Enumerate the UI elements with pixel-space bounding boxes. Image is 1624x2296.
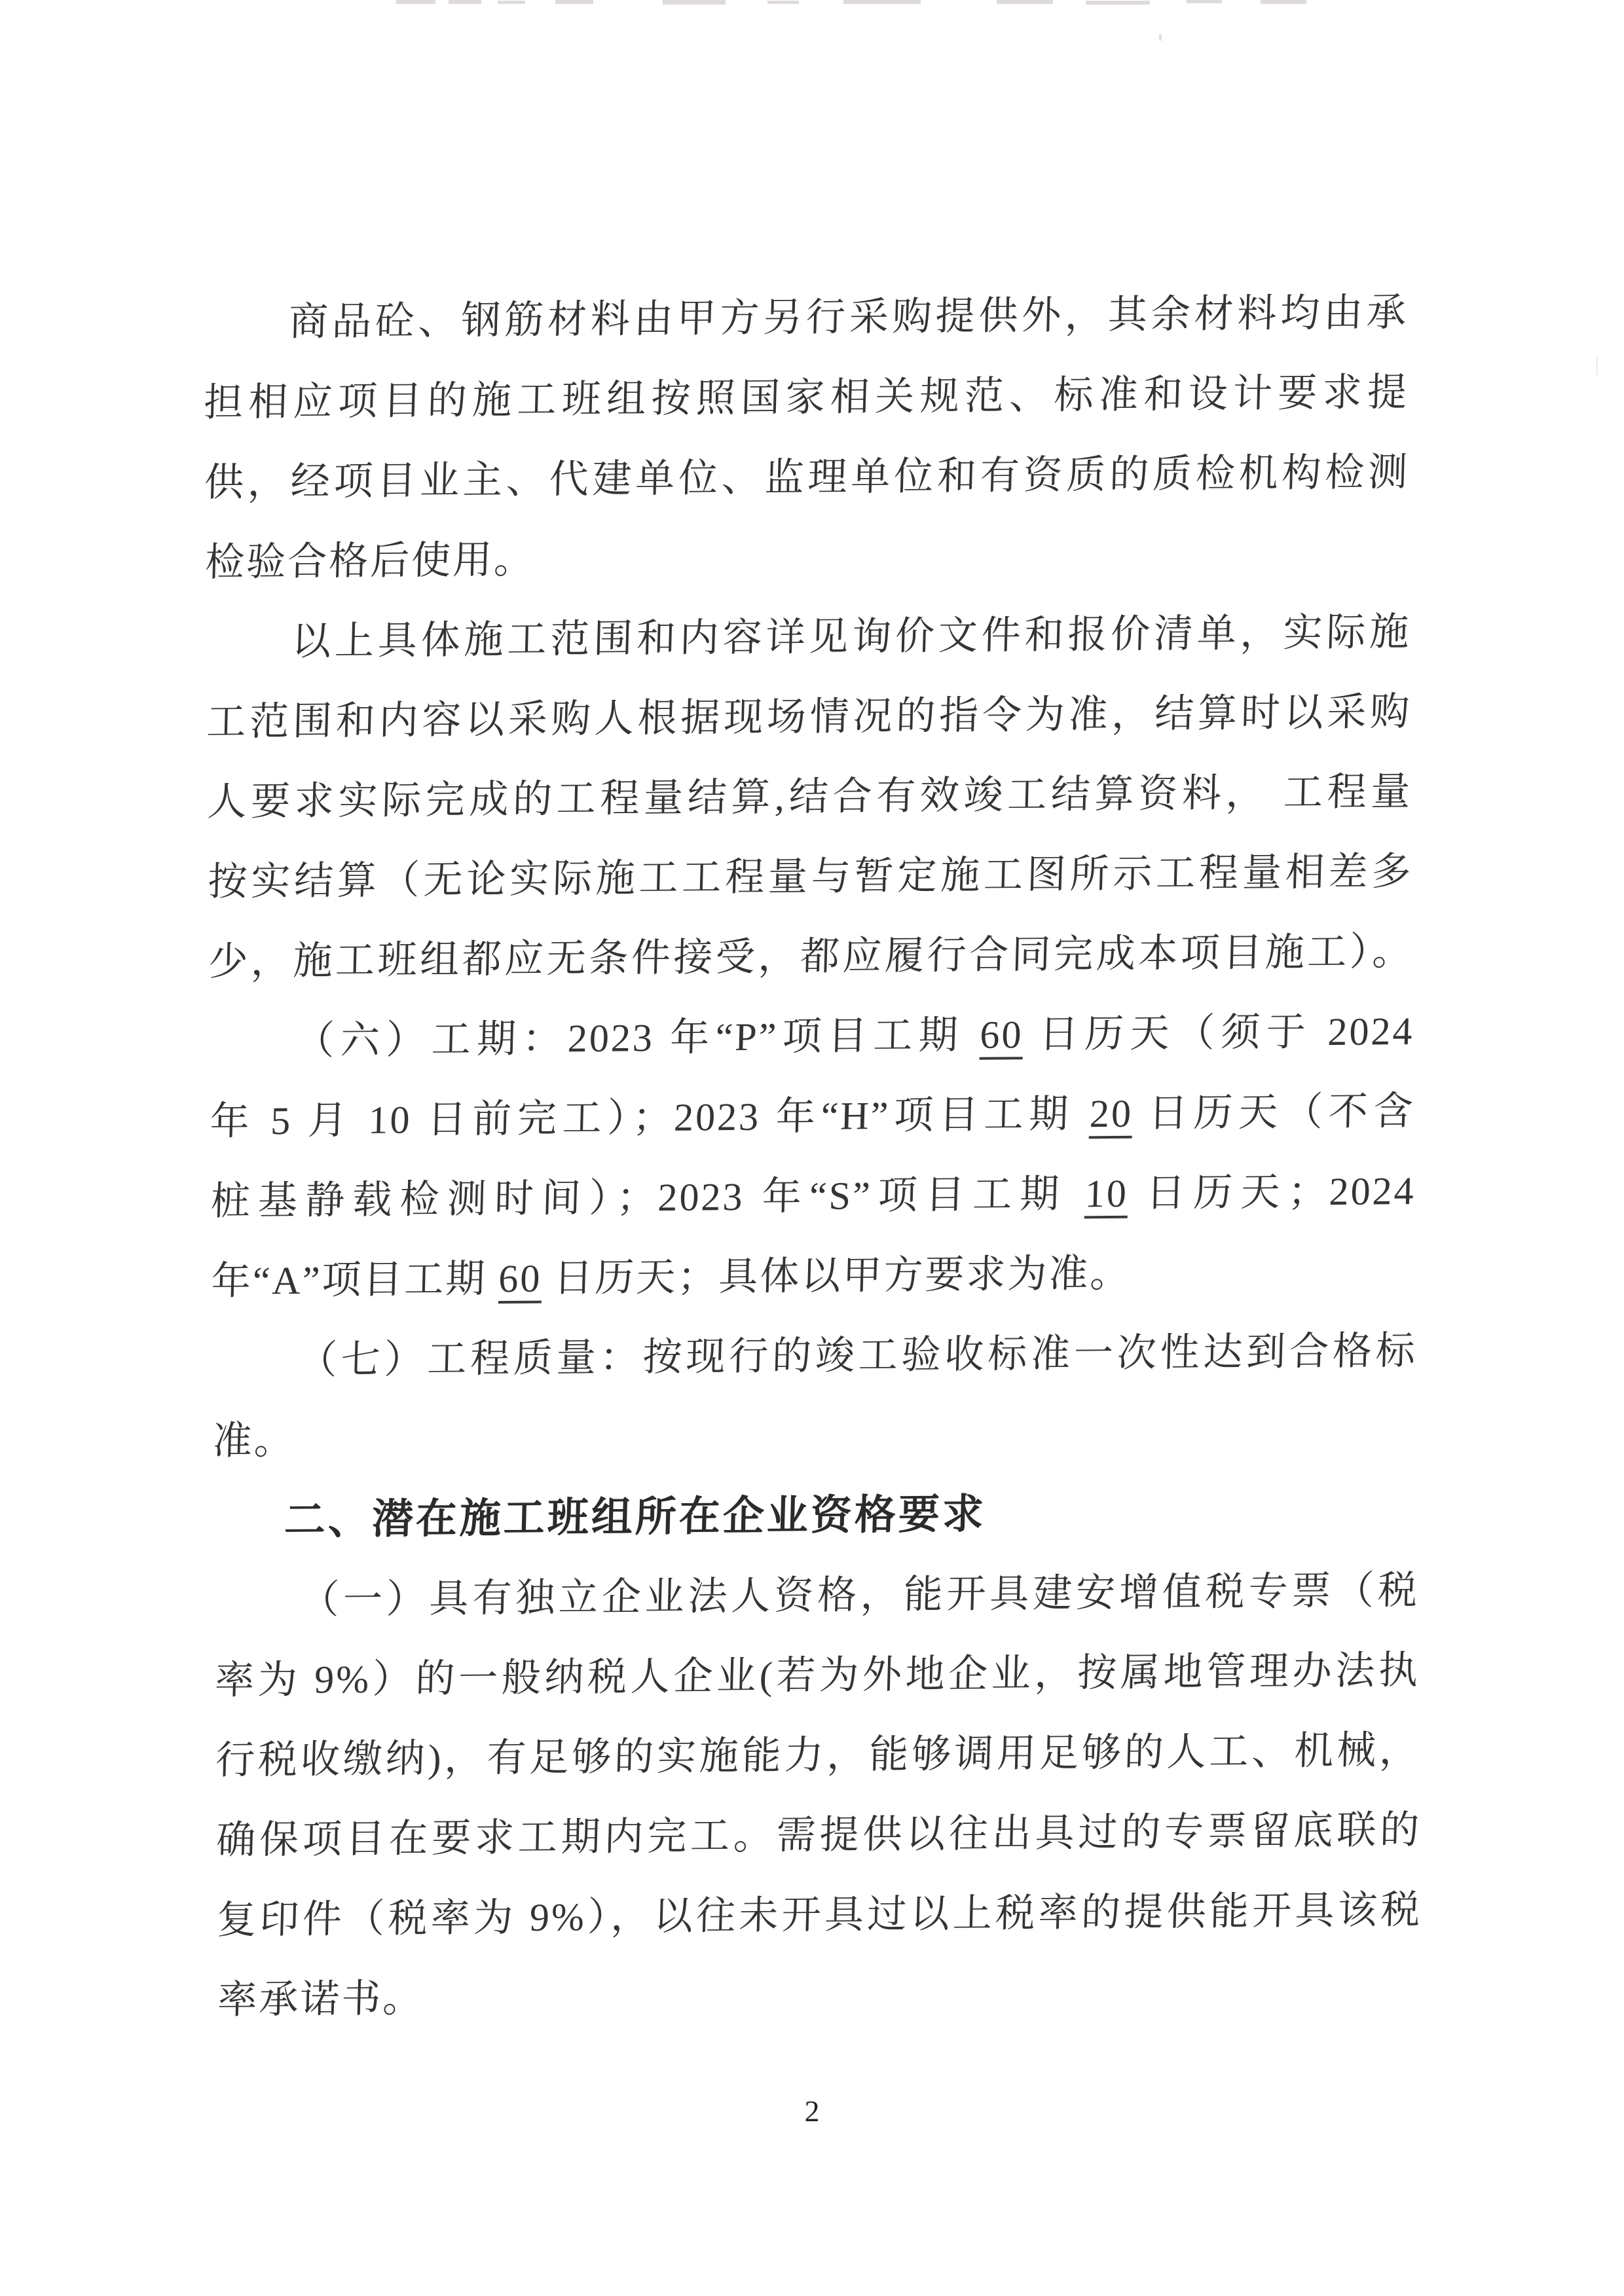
- text-line: 供，经项目业主、代建单位、监理单位和有资质的质检机构检测: [204, 432, 1411, 522]
- text-line: 以上具体施工范围和内容详见询价文件和报价清单，实际施: [205, 592, 1412, 682]
- text-segment: （六）工期：2023 年“P”项目工期: [295, 1013, 981, 1063]
- text-segment: （七）工程质量：按现行的竣工验收标准一次性达到合格标: [297, 1329, 1418, 1382]
- text-segment: 日历天（须于 2024: [1023, 1010, 1415, 1056]
- text-segment: 人要求实际完成的工程量结算,结合有效竣工结算资料， 工程量: [207, 770, 1413, 824]
- text-segment: 检验合格后使用。: [204, 538, 536, 584]
- text-segment: 率承诺书。: [217, 1977, 425, 2022]
- scan-artifact: [1261, 0, 1306, 4]
- text-segment: （一）具有独立企业法人资格，能开具建安增值税专票（税: [299, 1569, 1420, 1622]
- text-line: 检验合格后使用。: [204, 512, 1411, 602]
- underlined-duration-value: 20: [1089, 1092, 1134, 1139]
- scan-artifact: [997, 0, 1053, 4]
- underlined-duration-value: 10: [1084, 1172, 1129, 1219]
- scan-artifact: [767, 1, 799, 4]
- scan-artifact: [555, 0, 593, 4]
- underlined-duration-value: 60: [980, 1013, 1024, 1060]
- scanned-page: 商品砼、钢筋材料由甲方另行采购提供外，其余材料均由承担相应项目的施工班组按照国家…: [0, 0, 1624, 2296]
- text-segment: 桩基静载检测时间）；2023 年“S”项目工期: [210, 1172, 1086, 1223]
- scan-artifact: [843, 0, 921, 4]
- text-line: 率为 9%）的一般纳税人企业(若为外地企业，按属地管理办法执: [214, 1630, 1421, 1721]
- text-line: 年 5 月 10 日前完工）；2023 年“H”项目工期 20 日历天（不含: [209, 1071, 1416, 1161]
- text-segment: 日历天；具体以甲方要求为准。: [542, 1252, 1132, 1300]
- text-line: 行税收缴纳)，有足够的实施能力，能够调用足够的人工、机械，: [215, 1710, 1422, 1800]
- scan-artifact: [1159, 34, 1162, 41]
- page-number: 2: [0, 2094, 1624, 2128]
- scan-artifact: [663, 0, 726, 5]
- text-segment: 二、潜在施工班组所在企业资格要求: [284, 1491, 987, 1543]
- text-line: 率承诺书。: [217, 1950, 1424, 2040]
- scan-artifact: [1086, 1, 1150, 5]
- underlined-duration-value: 60: [498, 1257, 542, 1304]
- scan-artifact: [1596, 357, 1598, 375]
- text-line: （一）具有独立企业法人资格，能开具建安增值税专票（税: [213, 1550, 1420, 1641]
- text-segment: 以上具体施工范围和内容详见询价文件和报价清单，实际施: [291, 610, 1411, 663]
- text-line: 复印件（税率为 9%），以往未开具过以上税率的提供能开具该税: [216, 1870, 1423, 1960]
- text-line: 担相应项目的施工班组按照国家相关规范、标准和设计要求提: [202, 352, 1409, 443]
- text-segment: 商品砼、钢筋材料由甲方另行采购提供外，其余材料均由承: [288, 291, 1409, 344]
- scan-artifact: [498, 1, 525, 4]
- text-line: 商品砼、钢筋材料由甲方另行采购提供外，其余材料均由承: [202, 272, 1409, 363]
- text-line: 按实结算（无论实际施工工程量与暂定施工图所示工程量相差多: [207, 831, 1414, 922]
- text-segment: 年 5 月 10 日前完工）；2023 年“H”项目工期: [210, 1092, 1090, 1143]
- text-segment: 工范围和内容以采购人根据现场情况的指令为准，结算时以采购: [206, 690, 1412, 744]
- text-line: 工范围和内容以采购人根据现场情况的指令为准，结算时以采购: [206, 672, 1412, 762]
- text-line: 准。: [212, 1391, 1418, 1481]
- text-line: 年“A”项目工期 60 日历天；具体以甲方要求为准。: [210, 1231, 1417, 1321]
- text-segment: 行税收缴纳)，有足够的实施能力，能够调用足够的人工、机械，: [215, 1728, 1421, 1782]
- text-segment: 复印件（税率为 9%），以往未开具过以上税率的提供能开具该税: [216, 1888, 1422, 1942]
- text-segment: 按实结算（无论实际施工工程量与暂定施工图所示工程量相差多: [208, 850, 1414, 903]
- text-segment: 少，施工班组都应无条件接受，都应履行合同完成本项目施工）。: [208, 930, 1414, 983]
- text-segment: 确保项目在要求工期内完工。需提供以往出具过的专票留底联的: [215, 1808, 1422, 1862]
- text-segment: 日历天；2024: [1128, 1169, 1416, 1215]
- text-line: 确保项目在要求工期内完工。需提供以往出具过的专票留底联的: [215, 1790, 1422, 1880]
- section-heading: 二、潜在施工班组所在企业资格要求: [212, 1470, 1419, 1561]
- text-line: （七）工程质量：按现行的竣工验收标准一次性达到合格标: [211, 1311, 1418, 1401]
- text-line: 少，施工班组都应无条件接受，都应履行合同完成本项目施工）。: [208, 911, 1414, 1002]
- document-body: 商品砼、钢筋材料由甲方另行采购提供外，其余材料均由承担相应项目的施工班组按照国家…: [202, 272, 1422, 2040]
- scan-artifact: [1187, 0, 1222, 3]
- text-segment: 年“A”项目工期: [211, 1257, 499, 1303]
- scan-artifact: [396, 0, 435, 4]
- text-segment: 供，经项目业主、代建单位、监理单位和有资质的质检机构检测: [204, 450, 1410, 504]
- text-line: 人要求实际完成的工程量结算,结合有效竣工结算资料， 工程量: [206, 752, 1413, 842]
- text-segment: 率为 9%）的一般纳税人企业(若为外地企业，按属地管理办法执: [214, 1649, 1420, 1702]
- text-segment: 准。: [212, 1419, 296, 1463]
- text-line: 桩基静载检测时间）；2023 年“S”项目工期 10 日历天；2024: [210, 1151, 1416, 1241]
- text-segment: 担相应项目的施工班组按照国家相关规范、标准和设计要求提: [203, 371, 1409, 424]
- scan-artifact: [449, 0, 481, 4]
- text-line: （六）工期：2023 年“P”项目工期 60 日历天（须于 2024: [208, 991, 1415, 1082]
- text-segment: 日历天（不含: [1132, 1089, 1415, 1135]
